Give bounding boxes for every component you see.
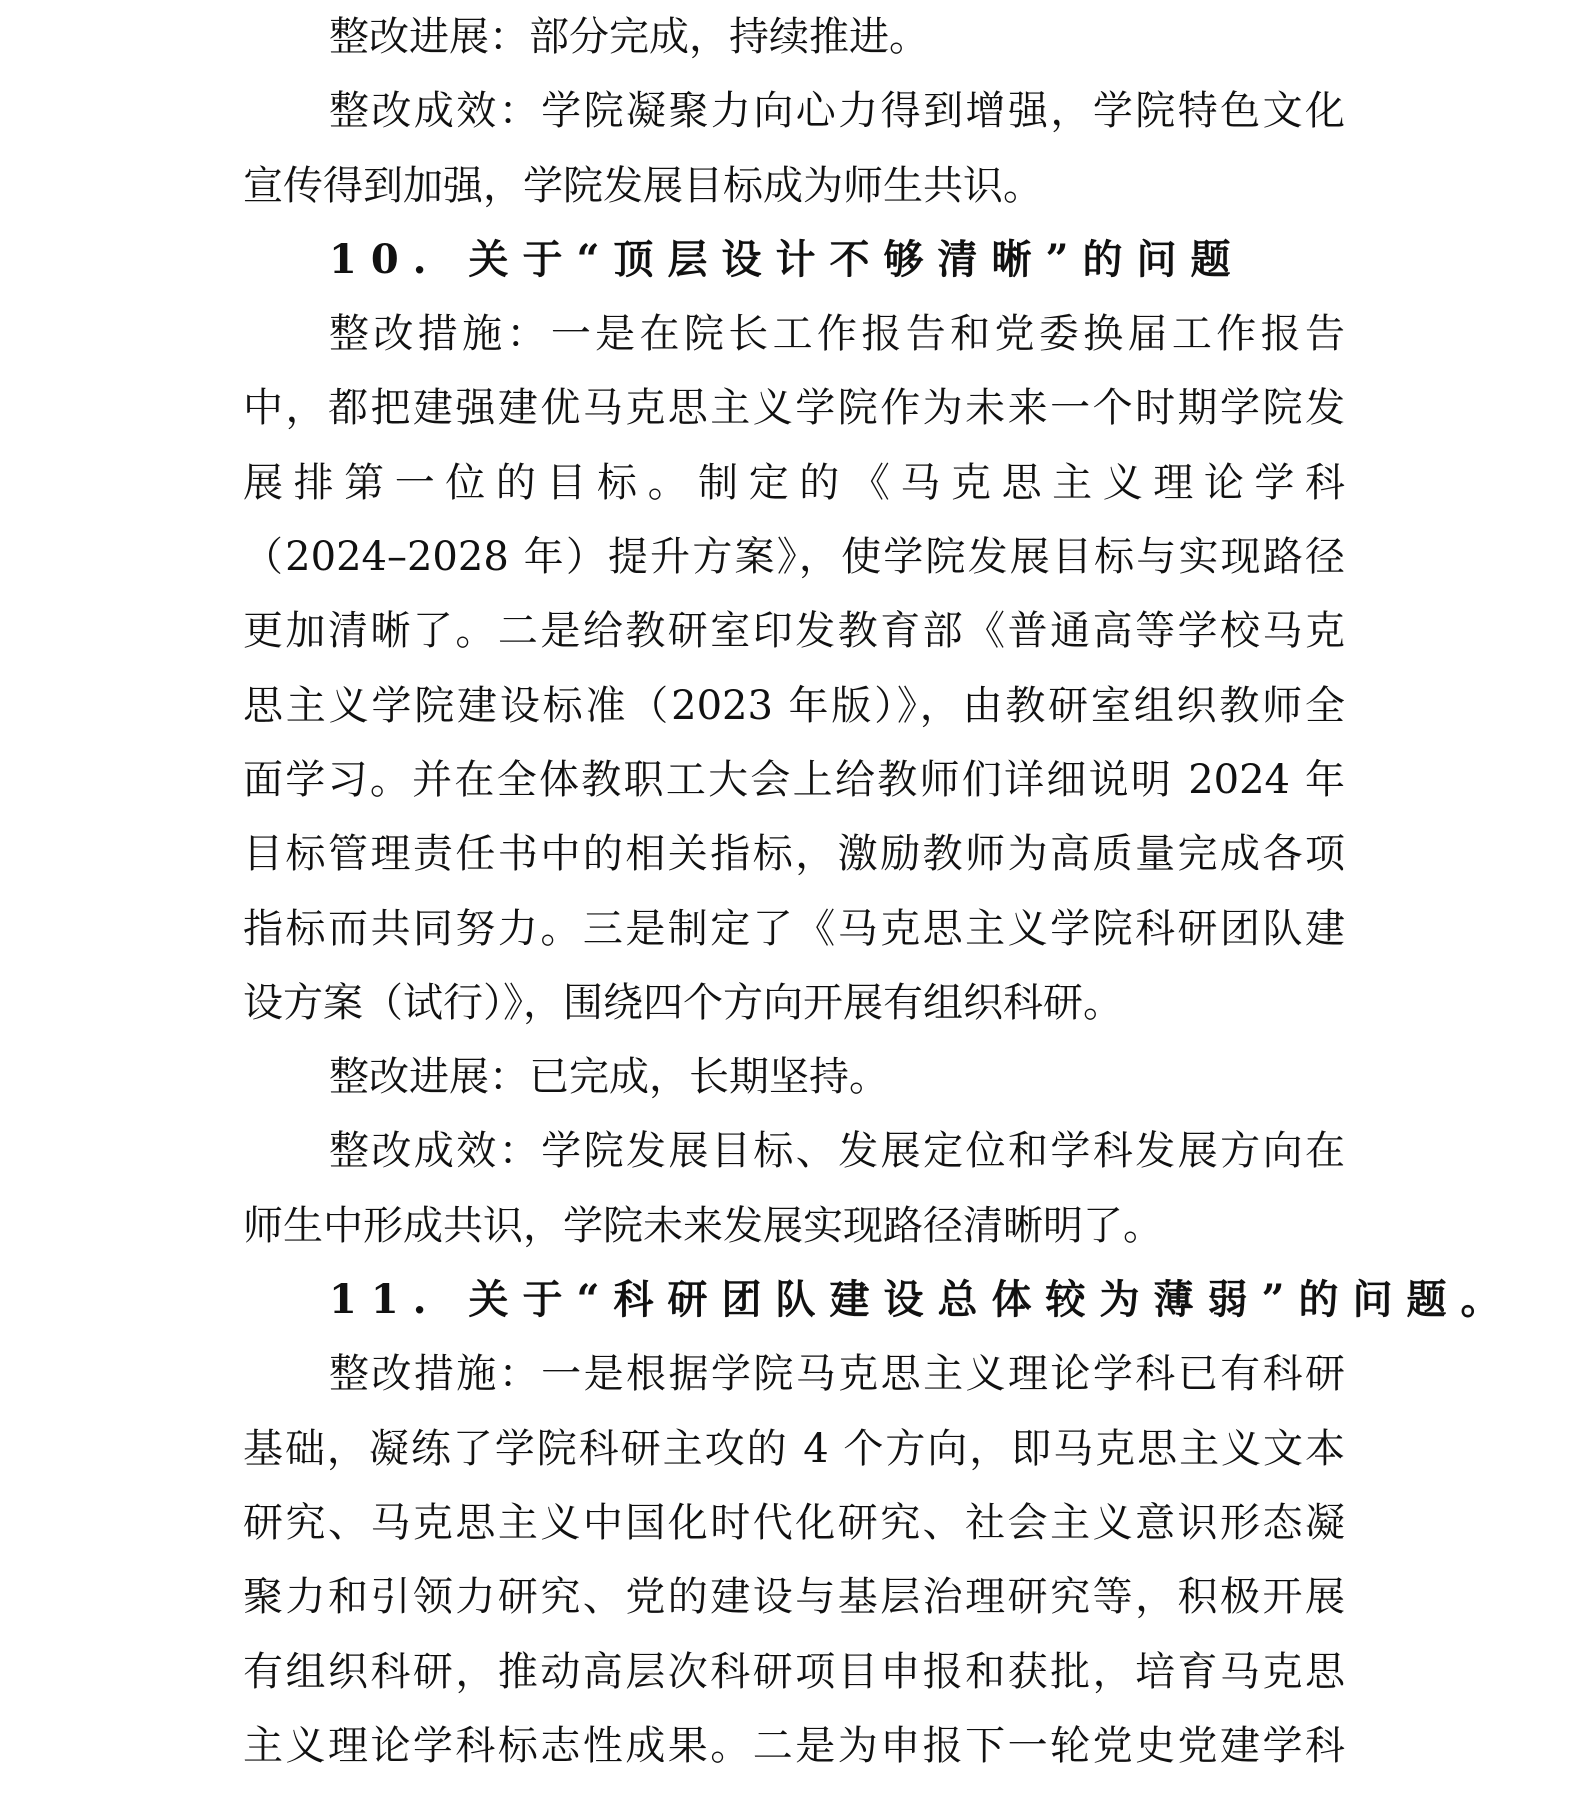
text-line: 指标而共同努力。三是制定了《马克思主义学院科研团队建 (243, 892, 1345, 966)
section-heading-10: 10. 关于“顶层设计不够清晰”的问题 (243, 223, 1345, 297)
text-line: 整改成效：学院发展目标、发展定位和学科发展方向在 (243, 1114, 1345, 1188)
text-line: （2024–2028 年）提升方案》，使学院发展目标与实现路径 (243, 520, 1345, 594)
text-line: 目标管理责任书中的相关指标，激励教师为高质量完成各项 (243, 817, 1345, 891)
text-line: 研究、马克思主义中国化时代化研究、社会主义意识形态凝 (243, 1486, 1345, 1560)
paragraph-effect-9: 整改成效：学院凝聚力向心力得到增强，学院特色文化 宣传得到加强，学院发展目标成为… (243, 74, 1345, 223)
text-line: 中，都把建强建优马克思主义学院作为未来一个时期学院发 (243, 371, 1345, 445)
text-line: 更加清晰了。二是给教研室印发教育部《普通高等学校马克 (243, 594, 1345, 668)
text-line: 整改进展：部分完成，持续推进。 (243, 0, 1345, 74)
heading-text: 10. 关于“顶层设计不够清晰”的问题 (243, 223, 1345, 297)
text-line: 思主义学院建设标准（2023 年版）》，由教研室组织教师全 (243, 669, 1345, 743)
document-page: 整改进展：部分完成，持续推进。 整改成效：学院凝聚力向心力得到增强，学院特色文化… (243, 0, 1345, 1783)
text-line: 整改措施：一是在院长工作报告和党委换届工作报告 (243, 297, 1345, 371)
paragraph-measures-10: 整改措施：一是在院长工作报告和党委换届工作报告 中，都把建强建优马克思主义学院作… (243, 297, 1345, 1040)
section-heading-11: 11. 关于“科研团队建设总体较为薄弱”的问题。 (243, 1263, 1345, 1337)
text-line: 展排第一位的目标。制定的《马克思主义理论学科 (243, 446, 1345, 520)
paragraph-progress-10: 整改进展：已完成，长期坚持。 (243, 1040, 1345, 1114)
text-line: 整改成效：学院凝聚力向心力得到增强，学院特色文化 (243, 74, 1345, 148)
text-line: 主义理论学科标志性成果。二是为申报下一轮党史党建学科 (243, 1709, 1345, 1783)
text-line: 面学习。并在全体教职工大会上给教师们详细说明 2024 年 (243, 743, 1345, 817)
text-line: 整改措施：一是根据学院马克思主义理论学科已有科研 (243, 1337, 1345, 1411)
paragraph-progress-9: 整改进展：部分完成，持续推进。 (243, 0, 1345, 74)
text-line: 聚力和引领力研究、党的建设与基层治理研究等，积极开展 (243, 1560, 1345, 1634)
heading-text: 11. 关于“科研团队建设总体较为薄弱”的问题。 (243, 1263, 1345, 1337)
text-line: 师生中形成共识，学院未来发展实现路径清晰明了。 (243, 1189, 1345, 1263)
paragraph-measures-11: 整改措施：一是根据学院马克思主义理论学科已有科研 基础，凝练了学院科研主攻的 4… (243, 1337, 1345, 1783)
text-line: 基础，凝练了学院科研主攻的 4 个方向，即马克思主义文本 (243, 1412, 1345, 1486)
text-line: 设方案（试行）》，围绕四个方向开展有组织科研。 (243, 966, 1345, 1040)
text-line: 有组织科研，推动高层次科研项目申报和获批，培育马克思 (243, 1635, 1345, 1709)
text-line: 整改进展：已完成，长期坚持。 (243, 1040, 1345, 1114)
text-line: 宣传得到加强，学院发展目标成为师生共识。 (243, 149, 1345, 223)
paragraph-effect-10: 整改成效：学院发展目标、发展定位和学科发展方向在 师生中形成共识，学院未来发展实… (243, 1114, 1345, 1263)
